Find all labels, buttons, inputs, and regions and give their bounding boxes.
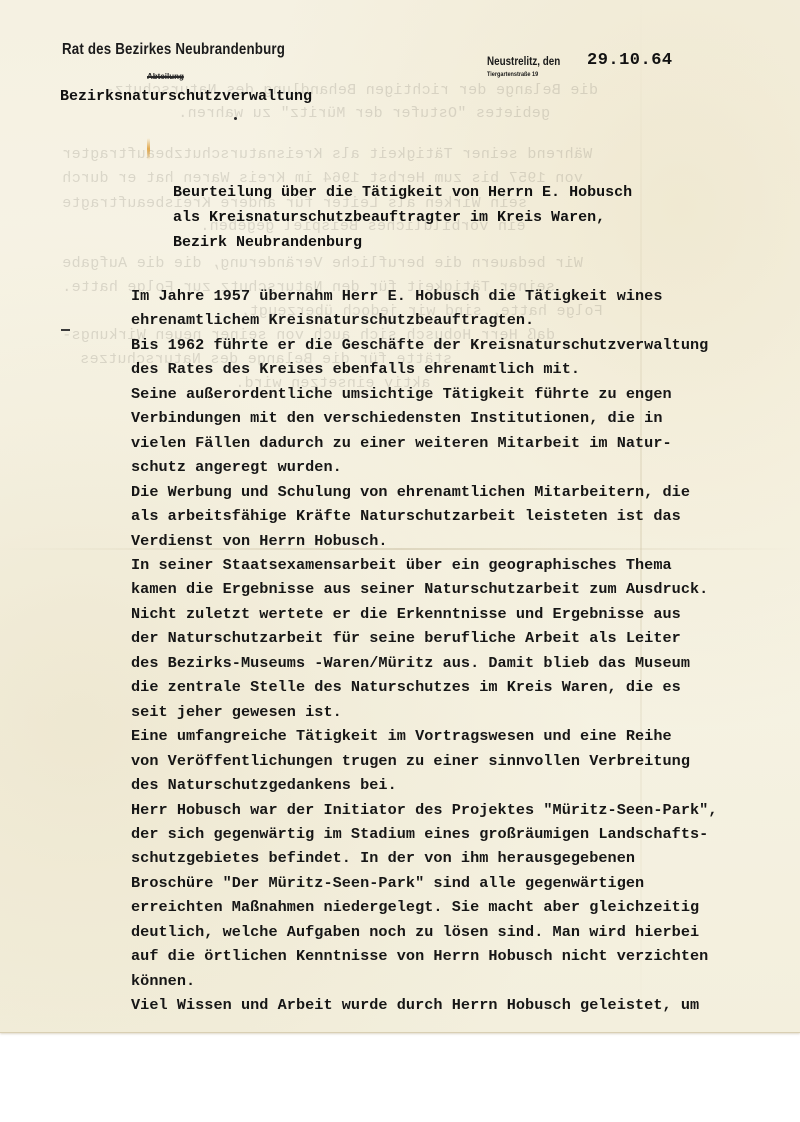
letterhead-street: Tiergartenstraße 19 — [487, 71, 538, 78]
body-line: Im Jahre 1957 übernahm Herr E. Hobusch d… — [131, 284, 718, 308]
letter-date: 29.10.64 — [587, 51, 673, 70]
body-line: Seine außerordentliche umsichtige Tätigk… — [131, 382, 718, 406]
bleed-through-line: Wir bedauern die berufliche Veränderung,… — [62, 255, 583, 272]
body-line: der sich gegenwärtig im Stadium eines gr… — [131, 822, 718, 846]
document-page: die Belange der richtigen Behandlung des… — [0, 0, 800, 1122]
bleed-through-line: Während seiner Tätigkeit als Kreisnaturs… — [62, 146, 592, 163]
body-line: schutzgebietes befindet. In der von ihm … — [131, 846, 718, 870]
body-line: Eine umfangreiche Tätigkeit im Vortragsw… — [131, 724, 718, 748]
body-line: vielen Fällen dadurch zu einer weiteren … — [131, 431, 718, 455]
body-line: In seiner Staatsexamensarbeit über ein g… — [131, 553, 718, 577]
body-line: schutz angeregt wurden. — [131, 455, 718, 479]
body-line: die zentrale Stelle des Naturschutzes im… — [131, 675, 718, 699]
body-line: Bis 1962 führte er die Geschäfte der Kre… — [131, 333, 718, 357]
body-line: Verdienst von Herrn Hobusch. — [131, 529, 718, 553]
body-line: Nicht zuletzt wertete er die Erkenntniss… — [131, 602, 718, 626]
body-line: des Bezirks-Museums -Waren/Müritz aus. D… — [131, 651, 718, 675]
body-line: erreichten Maßnahmen niedergelegt. Sie m… — [131, 895, 718, 919]
subject-line: Beurteilung über die Tätigkeit von Herrn… — [173, 180, 632, 205]
subject-heading: Beurteilung über die Tätigkeit von Herrn… — [173, 180, 632, 255]
body-line: des Naturschutzgedankens bei. — [131, 773, 718, 797]
body-line: kamen die Ergebnisse aus seiner Natursch… — [131, 577, 718, 601]
body-line: der Naturschutzarbeit für seine beruflic… — [131, 626, 718, 650]
body-line: Broschüre "Der Müritz-Seen-Park" sind al… — [131, 871, 718, 895]
letter-body: Im Jahre 1957 übernahm Herr E. Hobusch d… — [131, 284, 718, 1018]
scanned-paper-sheet: die Belange der richtigen Behandlung des… — [0, 0, 800, 1033]
letterhead-department: Bezirksnaturschutzverwaltung — [60, 88, 312, 105]
body-line: von Veröffentlichungen trugen zu einer s… — [131, 749, 718, 773]
body-line: können. — [131, 969, 718, 993]
subject-line: Bezirk Neubrandenburg — [173, 230, 632, 255]
margin-dash-mark — [61, 329, 70, 331]
body-line: auf die örtlichen Kenntnisse von Herrn H… — [131, 944, 718, 968]
body-line: ehrenamtlichem Kreisnaturschutzbeauftrag… — [131, 308, 718, 332]
body-line: als arbeitsfähige Kräfte Naturschutzarbe… — [131, 504, 718, 528]
body-line: deutlich, welche Aufgaben noch zu lösen … — [131, 920, 718, 944]
body-line: Herr Hobusch war der Initiator des Proje… — [131, 798, 718, 822]
body-line: seit jeher gewesen ist. — [131, 700, 718, 724]
ink-dot — [234, 117, 237, 120]
letterhead-place: Neustrelitz, den — [487, 54, 560, 68]
body-line: Verbindungen mit den verschiedensten Ins… — [131, 406, 718, 430]
letterhead-department-label-struck: Abteilung — [147, 72, 184, 81]
body-line: Viel Wissen und Arbeit wurde durch Herrn… — [131, 993, 718, 1017]
body-line: des Rates des Kreises ebenfalls ehrenamt… — [131, 357, 718, 381]
subject-line: als Kreisnaturschutzbeauftragter im Krei… — [173, 205, 632, 230]
body-line: Die Werbung und Schulung von ehrenamtlic… — [131, 480, 718, 504]
letterhead-organization: Rat des Bezirkes Neubrandenburg — [62, 41, 285, 59]
paper-stain — [147, 138, 150, 160]
